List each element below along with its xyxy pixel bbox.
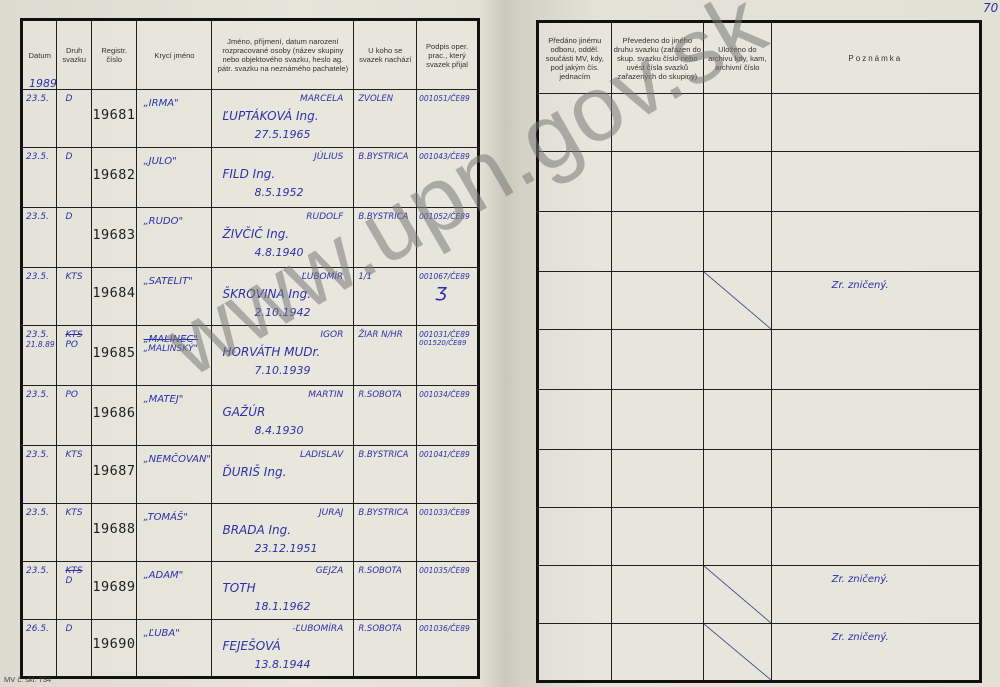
cell-kryci: „SATELIT" <box>137 268 212 326</box>
cell-poznamka <box>771 330 980 390</box>
cell-podpis: 001067/ČE89Ʒ <box>417 268 479 326</box>
file-number-2: 001520/ČE89 <box>419 339 466 347</box>
diagonal-strike <box>704 566 771 623</box>
cell-date: 23.5.21.8.89 <box>22 326 57 386</box>
file-number: 001043/ČE89 <box>419 152 470 161</box>
cover-name-2: „MALINSKÝ" <box>143 344 197 354</box>
register-table-left: Datum1989 Druh svazku Registr. číslo Kry… <box>20 18 480 679</box>
cover-name: „NEMČOVAN" <box>143 454 211 465</box>
cover-name: „ADAM" <box>143 570 183 581</box>
table-row: 23.5.KTS19684„SATELIT"ĽUBOMÍRŠKROVINA In… <box>22 268 479 326</box>
cell-druh: KTSD <box>57 562 91 620</box>
druh2-value: PO <box>65 340 78 350</box>
birth-date: 23.12.1951 <box>254 542 317 555</box>
note-text: Zr. zničený. <box>832 280 889 291</box>
last-name: TOTH <box>222 581 255 595</box>
druh-value: D <box>65 152 72 162</box>
first-name: JURAJ <box>319 508 343 518</box>
file-number: 001035/ČE89 <box>419 566 470 575</box>
cell-predano <box>538 450 612 508</box>
druh-value: D <box>65 212 72 222</box>
date2-value: 21.8.89 <box>26 340 55 349</box>
first-name: ĽUBOMÍR <box>302 272 344 282</box>
cell-date: 23.5. <box>22 446 57 504</box>
cell-prevedeno <box>611 508 703 566</box>
cell-predano <box>538 272 612 330</box>
cell-druh: D <box>57 208 91 268</box>
cell-ulozeno <box>704 212 772 272</box>
cell-registr: 19687 <box>91 446 137 504</box>
cell-predano <box>538 390 612 450</box>
location: ZVOLEN <box>358 94 393 104</box>
signature-scribble: Ʒ <box>435 284 447 305</box>
table-row <box>538 152 981 212</box>
cell-registr: 19683 <box>91 208 137 268</box>
birth-date: 4.8.1940 <box>254 246 303 259</box>
cover-name: „RUDO" <box>143 216 183 227</box>
druh-value: KTS <box>65 330 82 340</box>
cell-date: 23.5. <box>22 562 57 620</box>
cell-ukoho: R.SOBOTA <box>354 386 417 446</box>
registr-number: 19686 <box>92 405 135 421</box>
druh-value: D <box>65 624 72 634</box>
cell-poznamka: Zr. zničený. <box>771 624 980 682</box>
first-name: GEJZA <box>316 566 344 576</box>
first-name: RUDOLF <box>306 212 343 222</box>
druh-value: KTS <box>65 272 82 282</box>
table-row <box>538 212 981 272</box>
cell-ulozeno <box>704 624 772 682</box>
cell-ukoho: R.SOBOTA <box>354 620 417 678</box>
cell-druh: D <box>57 148 91 208</box>
cell-podpis: 001052/ČE89 <box>417 208 479 268</box>
table-row: Zr. zničený. <box>538 566 981 624</box>
form-code: MV č. skl. 734 <box>4 675 51 684</box>
cell-date: 26.5. <box>22 620 57 678</box>
cover-name: „ĽUBA" <box>143 628 179 639</box>
header-datum: Datum1989 <box>22 20 57 90</box>
location: ŽIAR N/HR <box>358 330 402 340</box>
cell-jmeno: IGORHORVÁTH MUDr.7.10.1939 <box>212 326 354 386</box>
registr-number: 19687 <box>92 463 135 479</box>
cell-druh: PO <box>57 386 91 446</box>
birth-date: 8.4.1930 <box>254 424 303 437</box>
cell-jmeno: ĽUBOMÍRŠKROVINA Ing.2.10.1942 <box>212 268 354 326</box>
cell-jmeno: MARCELAĽUPTÁKOVÁ Ing.27.5.1965 <box>212 90 354 148</box>
cell-poznamka <box>771 450 980 508</box>
first-name: -ĽUBOMÍRA <box>292 624 343 634</box>
table-row: 23.5.PO19686„MATEJ"MARTINGAŽÚR8.4.1930R.… <box>22 386 479 446</box>
cover-name: „TOMÁŠ" <box>143 512 187 523</box>
cell-registr: 19684 <box>91 268 137 326</box>
header-predano: Předáno jinému odboru, odděl. součásti M… <box>538 22 612 94</box>
cell-ulozeno <box>704 508 772 566</box>
cell-jmeno: JURAJBRADA Ing.23.12.1951 <box>212 504 354 562</box>
cell-prevedeno <box>611 566 703 624</box>
cell-ukoho: R.SOBOTA <box>354 562 417 620</box>
cell-druh: KTS <box>57 446 91 504</box>
file-number: 001052/ČE89 <box>419 212 470 221</box>
date-value: 23.5. <box>26 566 49 576</box>
file-number: 001033/ČE89 <box>419 508 470 517</box>
table-row <box>538 94 981 152</box>
cell-predano <box>538 94 612 152</box>
location: B.BYSTRICA <box>358 212 408 222</box>
file-number: 001041/ČE89 <box>419 450 470 459</box>
date-value: 23.5. <box>26 450 49 460</box>
date-value: 23.5. <box>26 272 49 282</box>
cell-podpis: 001036/ČE89 <box>417 620 479 678</box>
cell-jmeno: JÚLIUSFILD Ing.8.5.1952 <box>212 148 354 208</box>
cell-kryci: „ĽUBA" <box>137 620 212 678</box>
cell-poznamka: Zr. zničený. <box>771 272 980 330</box>
cell-predano <box>538 566 612 624</box>
first-name: IGOR <box>320 330 343 340</box>
cell-ulozeno <box>704 566 772 624</box>
cell-kryci: „IRMA" <box>137 90 212 148</box>
date-value: 23.5. <box>26 330 49 340</box>
cell-ukoho: ZVOLEN <box>354 90 417 148</box>
birth-date: 27.5.1965 <box>254 128 310 141</box>
table-row <box>538 390 981 450</box>
diagonal-strike <box>704 272 771 329</box>
birth-date: 2.10.1942 <box>254 306 310 319</box>
cell-poznamka <box>771 508 980 566</box>
cell-ukoho: B.BYSTRICA <box>354 208 417 268</box>
first-name: JÚLIUS <box>314 152 343 162</box>
cell-predano <box>538 508 612 566</box>
cell-registr: 19689 <box>91 562 137 620</box>
diagonal-strike <box>704 624 771 680</box>
cell-prevedeno <box>611 272 703 330</box>
table-row: 23.5.KTSD19689„ADAM"GEJZATOTH18.1.1962R.… <box>22 562 479 620</box>
cell-poznamka <box>771 212 980 272</box>
registr-number: 19682 <box>92 167 135 183</box>
cell-prevedeno <box>611 152 703 212</box>
table-row: 23.5.KTS19687„NEMČOVAN"LADISLAVĎURIŠ Ing… <box>22 446 479 504</box>
registr-number: 19689 <box>92 579 135 595</box>
file-number: 001051/ČE89 <box>419 94 470 103</box>
cell-druh: KTSPO <box>57 326 91 386</box>
location: R.SOBOTA <box>358 624 401 634</box>
last-name: ŽIVČIČ Ing. <box>222 227 289 241</box>
header-podpis: Podpis oper. prac., který svazek přijal <box>417 20 479 90</box>
cell-podpis: 001051/ČE89 <box>417 90 479 148</box>
druh-value: KTS <box>65 450 82 460</box>
cell-date: 23.5. <box>22 90 57 148</box>
cell-jmeno: -ĽUBOMÍRAFEJEŠOVÁ13.8.1944 <box>212 620 354 678</box>
cover-name: „MATEJ" <box>143 394 183 405</box>
cover-name: „SATELIT" <box>143 276 192 287</box>
table-row: 23.5.21.8.89KTSPO19685„MALINEC"„MALINSKÝ… <box>22 326 479 386</box>
last-name: ĎURIŠ Ing. <box>222 465 286 479</box>
cell-kryci: „RUDO" <box>137 208 212 268</box>
birth-date: 7.10.1939 <box>254 364 310 377</box>
first-name: MARTIN <box>308 390 343 400</box>
table-row: 26.5.D19690„ĽUBA"-ĽUBOMÍRAFEJEŠOVÁ13.8.1… <box>22 620 479 678</box>
last-name: FEJEŠOVÁ <box>222 639 280 653</box>
last-name: ŠKROVINA Ing. <box>222 287 311 301</box>
location: R.SOBOTA <box>358 566 401 576</box>
cell-kryci: „MALINEC"„MALINSKÝ" <box>137 326 212 386</box>
cell-date: 23.5. <box>22 268 57 326</box>
cell-kryci: „JULO" <box>137 148 212 208</box>
cell-kryci: „NEMČOVAN" <box>137 446 212 504</box>
file-number: 001036/ČE89 <box>419 624 470 633</box>
cell-prevedeno <box>611 390 703 450</box>
cell-registr: 19686 <box>91 386 137 446</box>
cell-podpis: 001033/ČE89 <box>417 504 479 562</box>
cover-name: „IRMA" <box>143 98 178 109</box>
cell-ulozeno <box>704 94 772 152</box>
druh-value: D <box>65 94 72 104</box>
last-name: FILD Ing. <box>222 167 275 181</box>
cell-ulozeno <box>704 330 772 390</box>
date-value: 23.5. <box>26 508 49 518</box>
header-prevedeno: Převedeno do jiného druhu svazku (zařaze… <box>611 22 703 94</box>
year-label: 1989 <box>29 79 57 88</box>
note-text: Zr. zničený. <box>832 574 889 585</box>
cell-ukoho: B.BYSTRICA <box>354 446 417 504</box>
cell-kryci: „MATEJ" <box>137 386 212 446</box>
cell-date: 23.5. <box>22 148 57 208</box>
location: B.BYSTRICA <box>358 152 408 162</box>
cell-jmeno: LADISLAVĎURIŠ Ing. <box>212 446 354 504</box>
cell-predano <box>538 330 612 390</box>
date-value: 23.5. <box>26 390 49 400</box>
cell-podpis: 001031/ČE89001520/ČE89 <box>417 326 479 386</box>
cell-druh: KTS <box>57 268 91 326</box>
cell-ulozeno <box>704 152 772 212</box>
cell-predano <box>538 212 612 272</box>
last-name: BRADA Ing. <box>222 523 291 537</box>
cell-prevedeno <box>611 624 703 682</box>
registr-number: 19681 <box>92 107 135 123</box>
birth-date: 8.5.1952 <box>254 186 303 199</box>
birth-date: 18.1.1962 <box>254 600 310 613</box>
registr-number: 19685 <box>92 345 135 361</box>
cell-registr: 19690 <box>91 620 137 678</box>
cell-podpis: 001043/ČE89 <box>417 148 479 208</box>
header-druh: Druh svazku <box>57 20 91 90</box>
cell-date: 23.5. <box>22 208 57 268</box>
date-value: 23.5. <box>26 212 49 222</box>
first-name: MARCELA <box>300 94 343 104</box>
table-row: 23.5.D19683„RUDO"RUDOLFŽIVČIČ Ing.4.8.19… <box>22 208 479 268</box>
cell-jmeno: MARTINGAŽÚR8.4.1930 <box>212 386 354 446</box>
cover-name: „JULO" <box>143 156 176 167</box>
header-kryci: Krycí jméno <box>137 20 212 90</box>
cell-prevedeno <box>611 330 703 390</box>
first-name: LADISLAV <box>300 450 343 460</box>
registr-number: 19684 <box>92 285 135 301</box>
cell-ukoho: ŽIAR N/HR <box>354 326 417 386</box>
cell-registr: 19681 <box>91 90 137 148</box>
table-row: 23.5.D19681„IRMA"MARCELAĽUPTÁKOVÁ Ing.27… <box>22 90 479 148</box>
birth-date: 13.8.1944 <box>254 658 310 671</box>
table-row <box>538 330 981 390</box>
cell-kryci: „TOMÁŠ" <box>137 504 212 562</box>
cell-ukoho: B.BYSTRICA <box>354 148 417 208</box>
cell-prevedeno <box>611 94 703 152</box>
location: 1/1 <box>358 272 372 282</box>
file-number: 001034/ČE89 <box>419 390 470 399</box>
location: B.BYSTRICA <box>358 508 408 518</box>
last-name: HORVÁTH MUDr. <box>222 345 320 359</box>
header-jmeno: Jméno, příjmení, datum narození rozpraco… <box>212 20 354 90</box>
note-text: Zr. zničený. <box>832 632 889 643</box>
cell-registr: 19682 <box>91 148 137 208</box>
druh-value: KTS <box>65 508 82 518</box>
header-registr: Registr. číslo <box>91 20 137 90</box>
cell-podpis: 001035/ČE89 <box>417 562 479 620</box>
location: R.SOBOTA <box>358 390 401 400</box>
cell-podpis: 001041/ČE89 <box>417 446 479 504</box>
cell-poznamka <box>771 390 980 450</box>
page-number: 70 <box>983 1 998 15</box>
cell-poznamka <box>771 152 980 212</box>
cell-prevedeno <box>611 450 703 508</box>
registr-number: 19683 <box>92 227 135 243</box>
cell-registr: 19688 <box>91 504 137 562</box>
cell-ukoho: 1/1 <box>354 268 417 326</box>
file-number: 001067/ČE89 <box>419 272 470 281</box>
cell-druh: D <box>57 90 91 148</box>
cell-ulozeno <box>704 450 772 508</box>
date-value: 23.5. <box>26 94 49 104</box>
cell-date: 23.5. <box>22 386 57 446</box>
date-value: 23.5. <box>26 152 49 162</box>
cell-podpis: 001034/ČE89 <box>417 386 479 446</box>
cell-kryci: „ADAM" <box>137 562 212 620</box>
cell-predano <box>538 152 612 212</box>
cell-poznamka <box>771 94 980 152</box>
cell-ulozeno <box>704 390 772 450</box>
cell-predano <box>538 624 612 682</box>
cell-ulozeno <box>704 272 772 330</box>
cell-ukoho: B.BYSTRICA <box>354 504 417 562</box>
last-name: GAŽÚR <box>222 405 265 419</box>
table-row: Zr. zničený. <box>538 624 981 682</box>
header-poznamka: Poznámka <box>771 22 980 94</box>
cell-jmeno: GEJZATOTH18.1.1962 <box>212 562 354 620</box>
table-row <box>538 450 981 508</box>
registr-number: 19688 <box>92 521 135 537</box>
druh-value: PO <box>65 390 78 400</box>
date-value: 26.5. <box>26 624 49 634</box>
druh2-value: D <box>65 576 72 586</box>
cell-poznamka: Zr. zničený. <box>771 566 980 624</box>
table-row: 23.5.D19682„JULO"JÚLIUSFILD Ing.8.5.1952… <box>22 148 479 208</box>
cell-prevedeno <box>611 212 703 272</box>
table-row: 23.5.KTS19688„TOMÁŠ"JURAJBRADA Ing.23.12… <box>22 504 479 562</box>
cell-druh: D <box>57 620 91 678</box>
cell-jmeno: RUDOLFŽIVČIČ Ing.4.8.1940 <box>212 208 354 268</box>
cell-druh: KTS <box>57 504 91 562</box>
druh-value: KTS <box>65 566 82 576</box>
file-number: 001031/ČE89 <box>419 330 470 339</box>
table-row: Zr. zničený. <box>538 272 981 330</box>
header-ukoho: U koho se svazek nachází <box>354 20 417 90</box>
header-ulozeno: Uloženo do archivu kdy, kam, archivní čí… <box>704 22 772 94</box>
location: B.BYSTRICA <box>358 450 408 460</box>
register-table-right: Předáno jinému odboru, odděl. součásti M… <box>536 20 982 683</box>
table-row <box>538 508 981 566</box>
cell-registr: 19685 <box>91 326 137 386</box>
cell-date: 23.5. <box>22 504 57 562</box>
registr-number: 19690 <box>92 636 135 652</box>
last-name: ĽUPTÁKOVÁ Ing. <box>222 109 318 123</box>
